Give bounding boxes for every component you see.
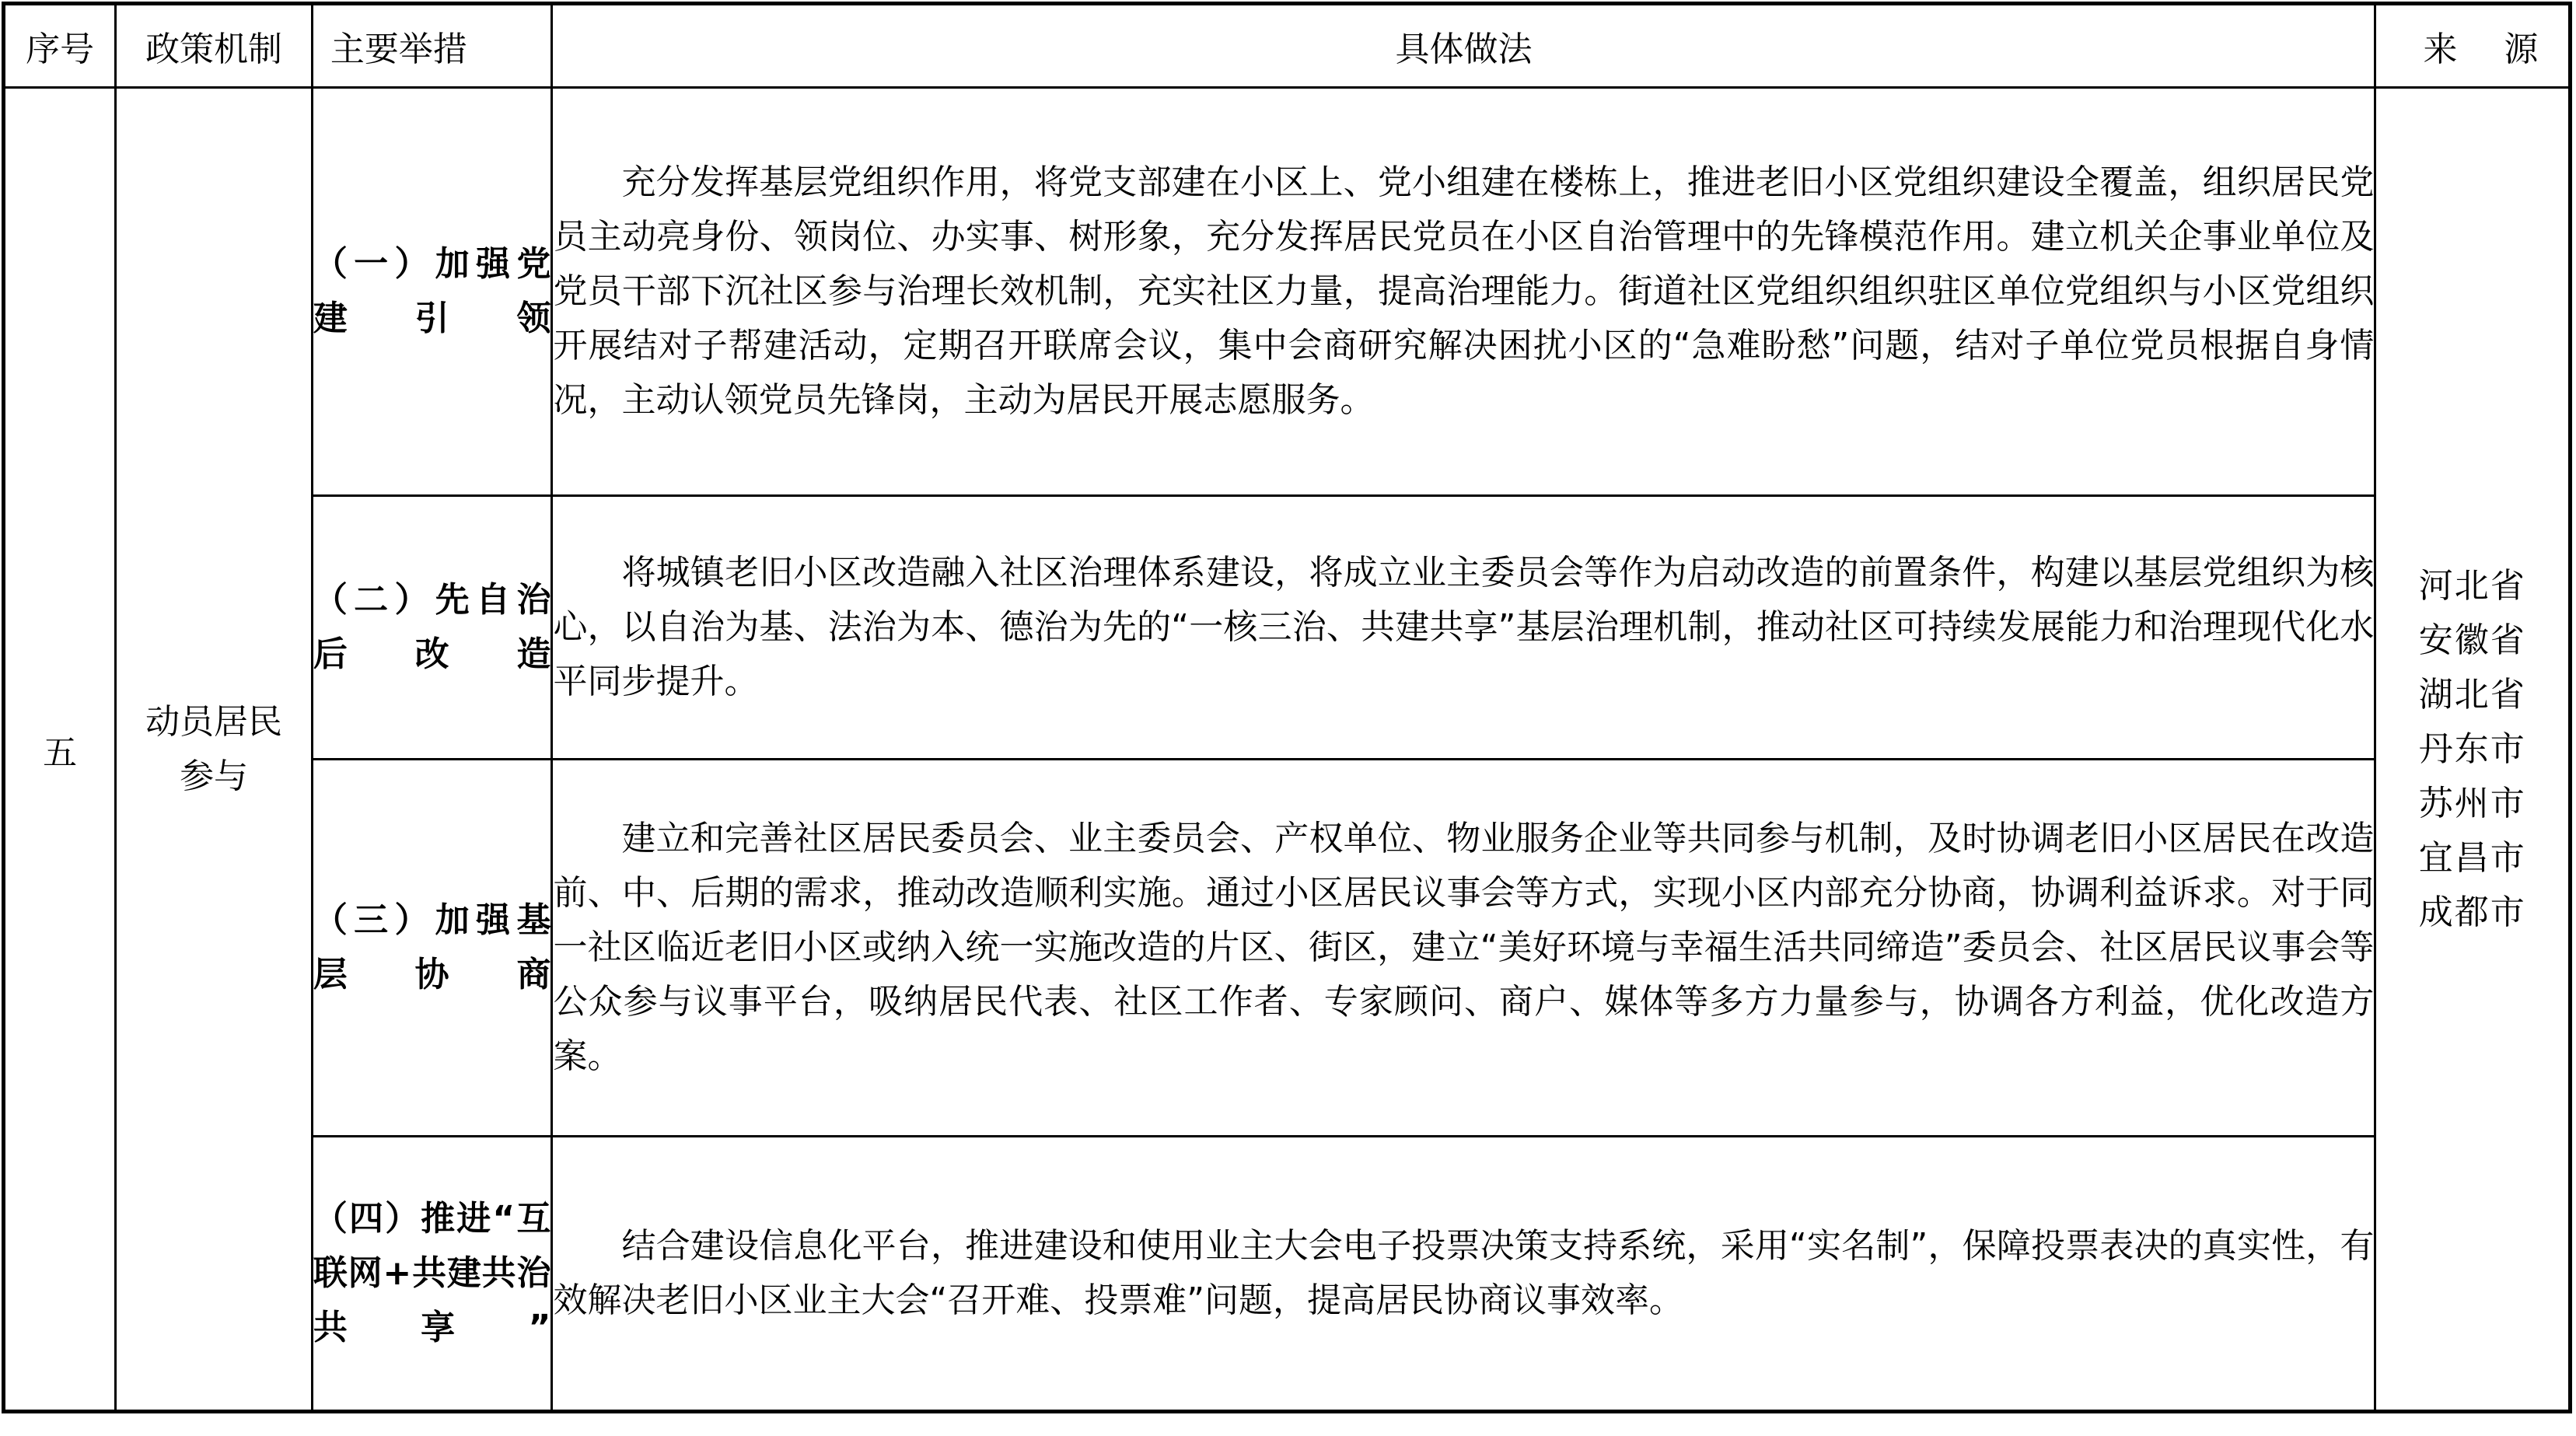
measure-cell: （四）推进“互联网+共建共治共享” [312,1137,552,1412]
source-item: 河北省 [2419,559,2526,613]
table-row: （三）加强基层协商 建立和完善社区居民委员会、业主委员会、产权单位、物业服务企业… [4,760,2571,1137]
header-no: 序号 [4,4,116,88]
measure-cell: （一）加强党建引领 [312,88,552,496]
detail-cell: 建立和完善社区居民委员会、业主委员会、产权单位、物业服务企业等共同参与机制，及时… [552,760,2375,1137]
source-item: 丹东市 [2419,722,2526,777]
detail-text: 建立和完善社区居民委员会、业主委员会、产权单位、物业服务企业等共同参与机制，及时… [553,812,2374,1084]
header-detail: 具体做法 [552,4,2375,88]
measure-cell: （二）先自治后改造 [312,496,552,760]
header-measure: 主要举措 [312,4,552,88]
source-item: 安徽省 [2419,613,2526,668]
header-mechanism: 政策机制 [116,4,313,88]
policy-table: 序号 政策机制 主要举措 具体做法 来源 五 动员居民 参与 （一）加强党建引领… [2,2,2572,1413]
mechanism-line-1: 动员居民 [117,695,311,749]
row-number: 五 [4,88,116,1412]
table-row: （四）推进“互联网+共建共治共享” 结合建设信息化平台，推进建设和使用业主大会电… [4,1137,2571,1412]
detail-cell: 充分发挥基层党组织作用，将党支部建在小区上、党小组建在楼栋上，推进老旧小区党组织… [552,88,2375,496]
source-item: 宜昌市 [2419,831,2526,886]
source-item: 苏州市 [2419,777,2526,831]
source-item: 湖北省 [2419,668,2526,722]
source-item: 成都市 [2419,886,2526,940]
header-source-label: 来源 [2376,30,2576,69]
source-list: 河北省 安徽省 湖北省 丹东市 苏州市 宜昌市 成都市 [2419,559,2526,940]
header-source: 来源 [2375,4,2571,88]
table-row: （二）先自治后改造 将城镇老旧小区改造融入社区治理体系建设，将成立业主委员会等作… [4,496,2571,760]
measure-cell: （三）加强基层协商 [312,760,552,1137]
source-cell: 河北省 安徽省 湖北省 丹东市 苏州市 宜昌市 成都市 [2375,88,2571,1412]
detail-text: 充分发挥基层党组织作用，将党支部建在小区上、党小组建在楼栋上，推进老旧小区党组织… [553,155,2374,428]
detail-cell: 将城镇老旧小区改造融入社区治理体系建设，将成立业主委员会等作为启动改造的前置条件… [552,496,2375,760]
mechanism-line-2: 参与 [117,749,311,804]
detail-text: 将城镇老旧小区改造融入社区治理体系建设，将成立业主委员会等作为启动改造的前置条件… [553,546,2374,709]
policy-mechanism: 动员居民 参与 [116,88,313,1412]
header-row: 序号 政策机制 主要举措 具体做法 来源 [4,4,2571,88]
detail-text: 结合建设信息化平台，推进建设和使用业主大会电子投票决策支持系统，采用“实名制”，… [553,1219,2374,1328]
table-row: 五 动员居民 参与 （一）加强党建引领 充分发挥基层党组织作用，将党支部建在小区… [4,88,2571,496]
detail-cell: 结合建设信息化平台，推进建设和使用业主大会电子投票决策支持系统，采用“实名制”，… [552,1137,2375,1412]
